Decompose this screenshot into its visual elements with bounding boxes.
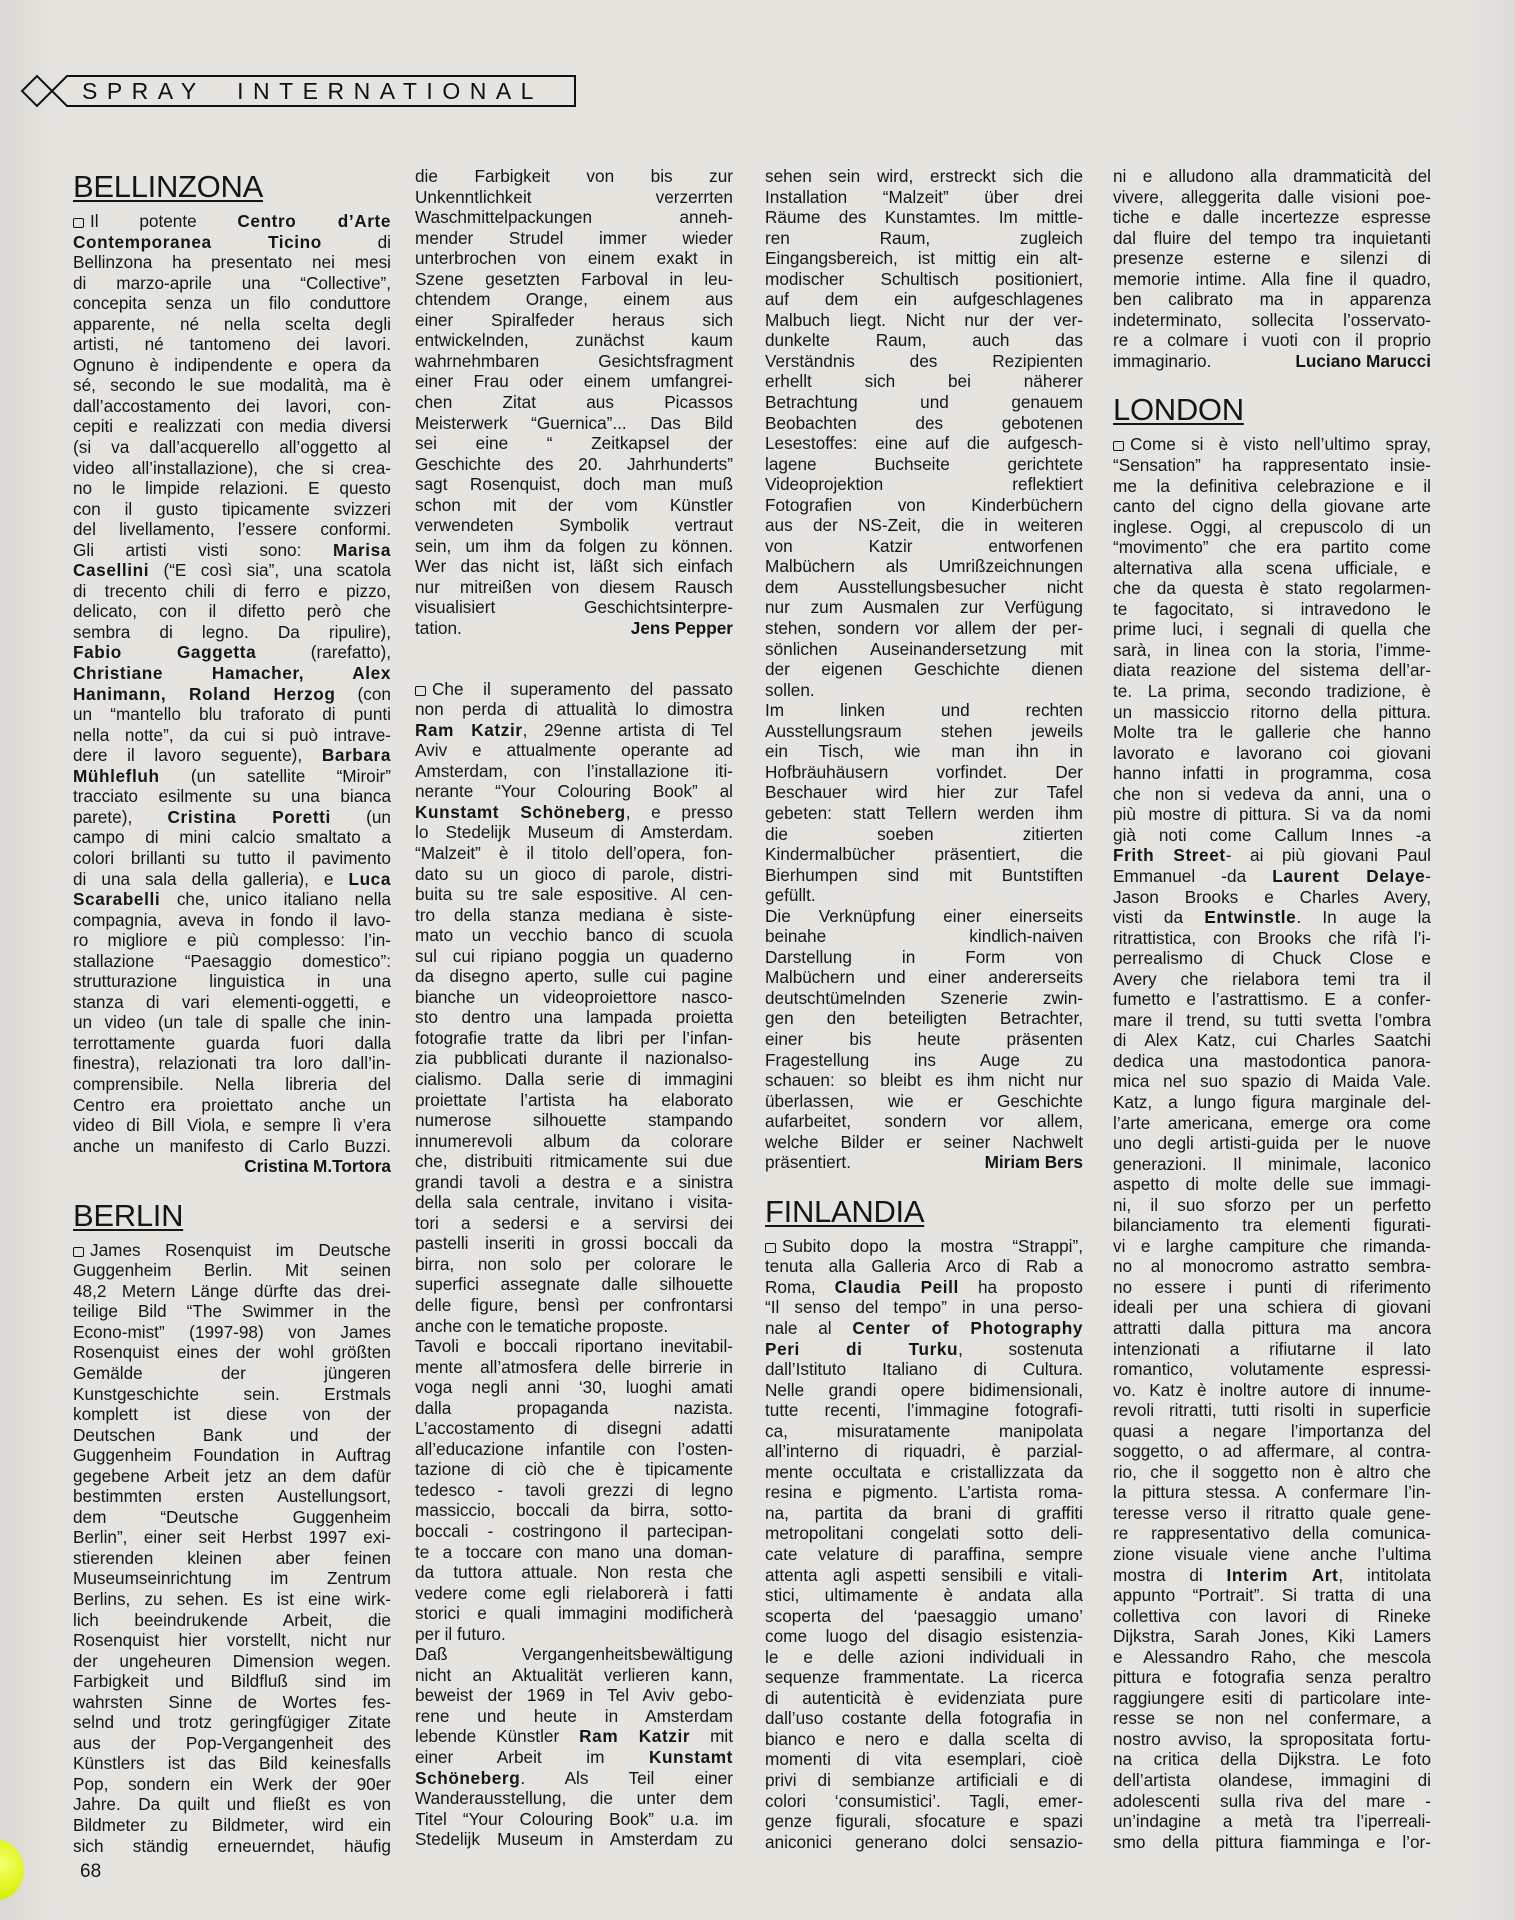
text-line: no al monocromo astratto sembra- [1113, 1256, 1431, 1277]
text-line: Kunstamt Schöneberg, e presso [415, 802, 733, 823]
closing-text: immaginario. [1113, 351, 1211, 372]
article-bellinzona-body: Il potente Centro d’ArteContemporanea Ti… [73, 211, 391, 1156]
text-line: Gli artisti visti sono: Marisa [73, 540, 391, 561]
text-line: mica nel suo spazio di Maida Vale. [1113, 1071, 1431, 1092]
text-line: attratti dalla pittura ma ancora [1113, 1318, 1431, 1339]
text-line: bestimmten ersten Austellungsort, [73, 1486, 391, 1507]
text-line: ben calibrato ma in apparenza [1113, 289, 1431, 310]
text-line: einer Spiralfeder heraus sich [415, 310, 733, 331]
text-line: re a colmare i vuoti con il proprio [1113, 330, 1431, 351]
text-line: ni, il suo sforzo per un perfetto [1113, 1195, 1431, 1216]
text-line: alternativa alla scena ufficiale, e [1113, 558, 1431, 579]
text-line: attenta agli aspetti sensibili e vitali- [765, 1565, 1083, 1586]
text-line: di autenticità è evidenziata pure [765, 1688, 1083, 1709]
text-line: te fagocitato, si intravedono le [1113, 599, 1431, 620]
text-line: stici, ultimamente è andata alla [765, 1585, 1083, 1606]
text-line: ro migliore e più complesso: l’in- [73, 930, 391, 951]
text-line: aspetto di molte delle sue immagi- [1113, 1174, 1431, 1195]
text-line: Kindermalbücher präsentiert, die [765, 844, 1083, 865]
text-line: romantico, volutamente espressi- [1113, 1359, 1431, 1380]
text-line: di marzo-aprile una “Collective”, [73, 273, 391, 294]
text-line: tiche e dalle incertezze espresse [1113, 207, 1431, 228]
text-line: appunto “Portrait”. Si tratta di una [1113, 1585, 1431, 1606]
text-line: come luogo del disagio esistenzia- [765, 1626, 1083, 1647]
text-line: Installation “Malzeit” über drei [765, 187, 1083, 208]
text-line: revoli ritratti, tutti risolti in superf… [1113, 1400, 1431, 1421]
text-line: entwickelnden, zunächst kaum [415, 330, 733, 351]
text-line: proiettate l’artista ha elaborato [415, 1090, 733, 1111]
text-line: sei eine “ Zeitkapsel der [415, 433, 733, 454]
text-line: più mostre di pittura. Si va da nomi [1113, 804, 1431, 825]
text-line: nur mitreißen von diesem Rausch [415, 577, 733, 598]
column-2: die Farbigkeit von bis zurUnkenntlichkei… [415, 166, 733, 1850]
text-line: voga negli anni ‘30, luoghi amati [415, 1377, 733, 1398]
text-line: mente occultata e cristallizzata da [765, 1462, 1083, 1483]
text-line: che, distribuiti ritmicamente sui due [415, 1151, 733, 1172]
text-line: tori a sedersi e a servirsi dei [415, 1213, 733, 1234]
text-line: Jahre. Da quilt und fließt es von [73, 1794, 391, 1815]
text-line: stallazione “Paesaggio domestico”: [73, 951, 391, 972]
text-line: ca, misuratamente manipolata [765, 1421, 1083, 1442]
text-line: vi e larghe campiture che rimanda- [1113, 1236, 1431, 1257]
text-line: smo della pittura fiamminga e l’or- [1113, 1832, 1431, 1853]
text-line: gefüllt. [765, 885, 1083, 906]
text-line: genze figurali, sfocature e spazi [765, 1811, 1083, 1832]
text-line: soggetto, o ad affermare, al contra- [1113, 1441, 1431, 1462]
text-line: rene und heute in Amsterdam [415, 1706, 733, 1727]
text-line: Rosenquist hier vorstellt, nicht nur [73, 1630, 391, 1651]
text-line: artisti, né tantomeno dei lavori. [73, 334, 391, 355]
text-line: dall’Istituto Italiano di Cultura. [765, 1359, 1083, 1380]
text-line: sto dentro una lampada proietta [415, 1007, 733, 1028]
text-line: aus der Pop-Vergangenheit des [73, 1733, 391, 1754]
text-line: metropolitani congelati sotto deli- [765, 1523, 1083, 1544]
text-line: Emmanuel -da Laurent Delaye- [1113, 866, 1431, 887]
text-line: zione visuale viene anche l’ultima [1113, 1544, 1431, 1565]
text-line: no le limpide relazioni. E questo [73, 478, 391, 499]
text-line: mender Strudel immer wieder [415, 228, 733, 249]
text-line: sollen. [765, 680, 1083, 701]
text-line: bianche un videoproiettore nasco- [415, 987, 733, 1008]
text-line: Stedelijk Museum in Amsterdam zu [415, 1829, 733, 1850]
text-line: überlassen, wie er Geschichte [765, 1091, 1083, 1112]
text-line: scoperta del ‘paesaggio umano’ [765, 1606, 1083, 1627]
text-line: innumerevoli album da colorare [415, 1131, 733, 1152]
text-line: colori brillanti su tutto il pavimento [73, 848, 391, 869]
text-line: wahrnehmbaren Gesichtsfragment [415, 351, 733, 372]
text-line: me la definitiva celebrazione e il [1113, 476, 1431, 497]
text-line: Videoprojektion reflektiert [765, 474, 1083, 495]
article-berlin-body-continued: die Farbigkeit von bis zurUnkenntlichkei… [415, 166, 733, 618]
text-line: selnd und trotz geringfügiger Zitate [73, 1712, 391, 1733]
text-line: e Alessandro Raho, che mescola [1113, 1647, 1431, 1668]
author-signature: Jens Pepper [631, 618, 733, 639]
text-line: Roma, Claudia Peill ha proposto [765, 1277, 1083, 1298]
text-line: per il futuro. [415, 1624, 733, 1645]
text-line: dall’uso costante della fotografia in [765, 1708, 1083, 1729]
text-line: che da questa è stato regolarmen- [1113, 578, 1431, 599]
text-line: Kunstgeschichte sein. Erstmals [73, 1384, 391, 1405]
text-line: “Il senso del tempo” in una perso- [765, 1297, 1083, 1318]
text-line: Berlins, zu sehen. Es ist eine wirk- [73, 1589, 391, 1610]
article-finlandia-body-continued: ni e alludono alla drammaticità delviver… [1113, 166, 1431, 351]
text-line: di Alex Katz, cui Charles Saatchi [1113, 1030, 1431, 1051]
signature-line: tation. Jens Pepper [415, 618, 733, 639]
text-line: nella notte”, da cui si può intrave- [73, 725, 391, 746]
text-line: anche con le tematiche proposte. [415, 1316, 733, 1337]
text-line: Waschmittelpackungen anneh- [415, 207, 733, 228]
text-line: Dijkstra, Sarah Jones, Kiki Lamers [1113, 1626, 1431, 1647]
text-line: Il potente Centro d’Arte [73, 211, 391, 232]
text-line: Avery che rielabora temi tra il [1113, 969, 1431, 990]
text-line: tutte recenti, l’immagine fotografi- [765, 1400, 1083, 1421]
text-line: del livellamento, l’essere conformi. [73, 519, 391, 540]
text-line: di una sala della galleria), e Luca [73, 869, 391, 890]
text-line: Eingangsbereich, ist mittig ein alt- [765, 248, 1083, 269]
text-line: un’indagine a metà tra l’iperreali- [1113, 1811, 1431, 1832]
text-line: Beobachten des gebotenen [765, 413, 1083, 434]
text-line: con il gusto tipicamente svizzeri [73, 499, 391, 520]
text-line: stanza di vari elementi-oggetti, e [73, 992, 391, 1013]
article-london-body: Come si è visto nell’ultimo spray,“Sensa… [1113, 434, 1431, 1852]
heading-london: LONDON [1113, 393, 1431, 427]
text-line: Che il superamento del passato [415, 679, 733, 700]
text-line: birra, non solo per colorare le [415, 1254, 733, 1275]
text-line: stehen, sondern vor allem der per- [765, 618, 1083, 639]
text-line: tedesco - tavoli grezzi di legno [415, 1480, 733, 1501]
text-line: Subito dopo la mostra “Strappi”, [765, 1236, 1083, 1257]
text-line: sequenze frammentate. La ricerca [765, 1667, 1083, 1688]
text-line: Daß Vergangenheitsbewältigung [415, 1644, 733, 1665]
text-line: chtendem Orange, einem aus [415, 289, 733, 310]
text-line: vedere come egli rielaborerà i fatti [415, 1583, 733, 1604]
text-line: aus der NS-Zeit, die in weiteren [765, 515, 1083, 536]
text-line: Berlin”, einer seit Herbst 1997 exi- [73, 1527, 391, 1548]
text-line: da tuttora attuale. Non resta che [415, 1562, 733, 1583]
square-bullet-icon [415, 686, 426, 696]
text-line: Wanderausstellung, die unter dem [415, 1788, 733, 1809]
text-line: gen den beteiligten Betrachter, [765, 1008, 1083, 1029]
text-line: compagnia, aveva in fondo il lavo- [73, 910, 391, 931]
text-line: bianco e nero e dalla scelta di [765, 1729, 1083, 1750]
text-line: indeterminato, sollecita l’osservato- [1113, 310, 1431, 331]
text-line: na critica della Dijkstra. Le foto [1113, 1749, 1431, 1770]
text-line: beweist der 1969 in Tel Aviv gebo- [415, 1685, 733, 1706]
text-line: già noti come Callum Innes -a [1113, 825, 1431, 846]
text-line: zia pubblicati durante il nazionalso- [415, 1048, 733, 1069]
text-line: rio, che il soggetto non è altro che [1113, 1462, 1431, 1483]
text-line: Malbüchern und einer andererseits [765, 967, 1083, 988]
text-line: 48,2 Metern Länge dürfte das drei- [73, 1281, 391, 1302]
text-line: teilige Bild “The Swimmer in the [73, 1301, 391, 1322]
banner-title: SPRAY INTERNATIONAL [82, 78, 543, 104]
text-line: tro della stanza mediana è siste- [415, 905, 733, 926]
text-line: un massiccio ritorno della pittura. [1113, 702, 1431, 723]
text-line: Frith Street- ai più giovani Paul [1113, 845, 1431, 866]
text-line: nostro avviso, la spropositata fortu- [1113, 1729, 1431, 1750]
text-line: lo Stedelijk Museum di Amsterdam. [415, 822, 733, 843]
text-line: di trecento chili di ferro e pizzo, [73, 581, 391, 602]
text-line: Peri di Turku, sostenuta [765, 1339, 1083, 1360]
text-line: tazione di ciò che è tipicamente [415, 1459, 733, 1480]
text-line: visualisiert Geschichtsinterpre- [415, 597, 733, 618]
text-line: Guggenheim Foundation in Auftrag [73, 1445, 391, 1466]
text-line: Scarabelli che, unico italiano nella [73, 889, 391, 910]
author-signature: Luciano Marucci [1295, 351, 1431, 372]
text-line: Nelle grandi opere bidimensionali, [765, 1380, 1083, 1401]
text-line: von Katzir entworfenen [765, 536, 1083, 557]
text-line: einer Frau oder einem umfangrei- [415, 371, 733, 392]
text-line: aufarbeitet, sondern vor allem, [765, 1111, 1083, 1132]
text-line: le e delle azioni individuali in [765, 1647, 1083, 1668]
text-line: finestra), relazionati tra loro dall’in- [73, 1053, 391, 1074]
text-line: strutturazione linguistica in una [73, 971, 391, 992]
text-line: L’accostamento di disegni adatti [415, 1418, 733, 1439]
text-line: momenti di vita esemplari, cioè [765, 1749, 1083, 1770]
text-line: ideali per una schiera di giovani [1113, 1297, 1431, 1318]
text-line: “Sensation” ha rappresentato insie- [1113, 455, 1431, 476]
text-line: nicht an Aktualität verlieren kann, [415, 1665, 733, 1686]
text-line: memorie intime. Alla fine il quadro, [1113, 269, 1431, 290]
text-line: der ungeheuren Dimension wegen. [73, 1651, 391, 1672]
text-line: l’arte americana, emerge ora come [1113, 1113, 1431, 1134]
text-line: Christiane Hamacher, Alex [73, 663, 391, 684]
text-line: lebende Künstler Ram Katzir mit [415, 1726, 733, 1747]
text-line: sönlichen Auseinandersetzung mit [765, 639, 1083, 660]
text-line: delle figure, bensì per confrontarsi [415, 1295, 733, 1316]
text-line: na, partita da brani di graffiti [765, 1503, 1083, 1524]
text-line: massiccio, boccali da birra, sotto- [415, 1500, 733, 1521]
text-line: parete), Cristina Poretti (un [73, 807, 391, 828]
heading-berlin: BERLIN [73, 1199, 391, 1233]
text-line: sul cui ripiano poggia un quaderno [415, 946, 733, 967]
text-line: Contemporanea Ticino di [73, 232, 391, 253]
text-line: tenuta alla Galleria Arco di Rab a [765, 1256, 1083, 1277]
text-line: storici e quali immagini modificherà [415, 1603, 733, 1624]
text-line: nerante “Your Colouring Book” al [415, 781, 733, 802]
text-line: adolescenti sulla riva del mare - [1113, 1791, 1431, 1812]
text-line: Bierhumpen sind mit Buntstiften [765, 865, 1083, 886]
text-line: della sala centrale, invitano i visita- [415, 1192, 733, 1213]
text-line: concepita senza un filo conduttore [73, 293, 391, 314]
text-line: dal fluire del tempo tra inquietanti [1113, 228, 1431, 249]
text-line: un video (un tale di spalle che inin- [73, 1012, 391, 1033]
text-line: Katz, a lungo figura marginale del- [1113, 1092, 1431, 1113]
text-line: apparente, né nella scelta degli [73, 314, 391, 335]
text-line: no essere i punti di riferimento [1113, 1277, 1431, 1298]
text-line: Wer das nicht ist, läßt sich einfach [415, 556, 733, 577]
text-line: nur zum Ausmalen zur Verfügung [765, 597, 1083, 618]
text-line: bilanciamento tra elementi figurati- [1113, 1215, 1431, 1236]
text-line: vivere, alleggerita dalle visioni poe- [1113, 187, 1431, 208]
text-line: Beschauer wird hier zur Tafel [765, 782, 1083, 803]
text-line: wahrsten Sinne de Wortes fes- [73, 1692, 391, 1713]
author-signature: Miriam Bers [985, 1152, 1083, 1173]
text-line: colori ‘consumistici’. Tagli, emer- [765, 1791, 1083, 1812]
text-line: verwendeten Symbolik vertraut [415, 515, 733, 536]
text-line: dem Ausstellungsbesucher nicht [765, 577, 1083, 598]
text-line: campo di mini calcio smaltato a [73, 827, 391, 848]
text-line: quasi a negare l’importanza del [1113, 1421, 1431, 1442]
text-line: Betrachtung und genauem [765, 392, 1083, 413]
text-line: re rappresentativo della comunica- [1113, 1523, 1431, 1544]
author-signature: Cristina M.Tortora [73, 1156, 391, 1177]
text-line: Meisterwerk “Guernica”... Das Bild [415, 413, 733, 434]
text-line: komplett ist diese von der [73, 1404, 391, 1425]
text-line: sembra di legno. Da ripulire), [73, 622, 391, 643]
closing-text: tation. [415, 618, 462, 639]
text-line: resina e pigmento. L’artista roma- [765, 1482, 1083, 1503]
text-line: lagene Buchseite gerichtete [765, 454, 1083, 475]
text-line: Gemälde der jüngeren [73, 1363, 391, 1384]
text-line: Lesestoffes: eine auf die aufgesch- [765, 433, 1083, 454]
text-line: Ognuno è indipendente e opera da [73, 355, 391, 376]
text-line: la pittura stessa. A confermare l’in- [1113, 1482, 1431, 1503]
text-line: mente all’atmosfera delle birrerie in [415, 1357, 733, 1378]
text-line: mostra di Interim Art, intitolata [1113, 1565, 1431, 1586]
text-line: gebeten: statt Tellern werden ihm [765, 803, 1083, 824]
text-line: Darstellung in Form von [765, 947, 1083, 968]
yellow-sticker-decoration [0, 1840, 24, 1900]
text-line: gegebene Arbeit jetz an dem dafür [73, 1466, 391, 1487]
text-line: sagt Rosenquist, doch man muß [415, 474, 733, 495]
text-line: Museumseinrichtung im Zentrum [73, 1568, 391, 1589]
column-3: sehen sein wird, erstreckt sich dieInsta… [765, 166, 1083, 1852]
text-line: welche Bilder er seiner Nachwelt [765, 1132, 1083, 1153]
text-line: stierenden kleinen aber feinen [73, 1548, 391, 1569]
text-line: Come si è visto nell’ultimo spray, [1113, 434, 1431, 455]
text-line: buita su tre sale espositive. Al cen- [415, 884, 733, 905]
square-bullet-icon [73, 1247, 84, 1257]
text-line: “movimento” che era partito come [1113, 537, 1431, 558]
text-line: all’educazione infantile con l’osten- [415, 1439, 733, 1460]
text-line: Titel “Your Colouring Book” u.a. im [415, 1809, 733, 1830]
text-line: boccali - costringono il partecipan- [415, 1521, 733, 1542]
text-line: dato su un gioco di parole, distri- [415, 864, 733, 885]
text-line: Malbuch liegt. Nicht nur der ver- [765, 310, 1083, 331]
square-bullet-icon [765, 1243, 776, 1253]
text-line: Im linken und rechten [765, 700, 1083, 721]
text-line: Molte tra le gallerie che hanno [1113, 722, 1431, 743]
text-line: fumetto e l’astrattismo. E a confer- [1113, 989, 1431, 1010]
square-bullet-icon [1113, 441, 1124, 451]
text-line: sein, um ihm da folgen zu können. [415, 536, 733, 557]
signature-line: immaginario. Luciano Marucci [1113, 351, 1431, 372]
heading-finlandia: FINLANDIA [765, 1195, 1083, 1229]
closing-text: präsentiert. [765, 1152, 851, 1173]
text-line: chen Zitat aus Picassos [415, 392, 733, 413]
text-line: vo. Katz è inoltre autore di innume- [1113, 1380, 1431, 1401]
text-line: Pop, sondern ein Werk der 90er [73, 1774, 391, 1795]
text-line: unterbrochen von einem exakt in [415, 248, 733, 269]
text-line: numerose silhouette stampando [415, 1110, 733, 1131]
text-line: Farbigkeit und Bildfluß sind im [73, 1671, 391, 1692]
text-line: Fabio Gaggetta (rarefatto), [73, 642, 391, 663]
text-line: presenze esterne e silenzi di [1113, 248, 1431, 269]
text-line: delicato, con il difetto però che [73, 601, 391, 622]
text-line: die Farbigkeit von bis zur [415, 166, 733, 187]
text-line: ein Tisch, wie man ihn in [765, 741, 1083, 762]
text-line: video all’installazione), che si crea- [73, 458, 391, 479]
text-line: Deutschen Bank und der [73, 1425, 391, 1446]
text-line: tracciato esilmente su una bianca [73, 786, 391, 807]
text-line: Schöneberg. Als Teil einer [415, 1768, 733, 1789]
column-1: BELLINZONA Il potente Centro d’ArteConte… [73, 170, 391, 1856]
text-line: Ram Katzir, 29enne artista di Tel [415, 720, 733, 741]
text-line: dall’accostamento dei lavori, con- [73, 396, 391, 417]
signature-line: präsentiert. Miriam Bers [765, 1152, 1083, 1173]
text-line: Hofbräuhäusern vorfindet. Der [765, 762, 1083, 783]
text-line: erhellt sich bei näherer [765, 371, 1083, 392]
text-line: ni e alludono alla drammaticità del [1113, 166, 1431, 187]
text-line: dell’artista olandese, immagini di [1113, 1770, 1431, 1791]
text-line: mare il trend, su tutti svetta l’ombra [1113, 1010, 1431, 1031]
text-line: Hanimann, Roland Herzog (con [73, 684, 391, 705]
text-line: Szene gesetzten Farboval in leu- [415, 269, 733, 290]
text-line: cialismo. Dalla serie di immagini [415, 1069, 733, 1090]
text-line: Casellini (“E così sia”, una scatola [73, 560, 391, 581]
text-line: ritrattistica, con Brooks che rifà l’i- [1113, 928, 1431, 949]
text-line: canto del cigno della giovane arte [1113, 496, 1431, 517]
text-line: terrottamente guarda fuori dalla [73, 1033, 391, 1054]
text-line: Die Verknüpfung einer einerseits [765, 906, 1083, 927]
column-4: ni e alludono alla drammaticità delviver… [1113, 166, 1431, 1852]
text-line: nale al Center of Photography [765, 1318, 1083, 1339]
text-line: non perda di attualità lo dimostra [415, 699, 733, 720]
text-line: deutschtümelnden Szenerie zwin- [765, 988, 1083, 1009]
text-line: perrealismo di Chuck Close e [1113, 948, 1431, 969]
text-line: pittura e fotografia senza peraltro [1113, 1667, 1431, 1688]
text-line: dedica una mastodontica panora- [1113, 1051, 1431, 1072]
text-line: un “mantello blu traforato di punti [73, 704, 391, 725]
article-berlin-body: James Rosenquist im DeutscheGuggenheim B… [73, 1240, 391, 1856]
text-line: cepiti e realizzati con media diversi [73, 416, 391, 437]
text-line: prime luci, i segnali di quella che [1113, 619, 1431, 640]
text-line: modischer Schultisch positioniert, [765, 269, 1083, 290]
text-line: Fragestellung ins Auge zu [765, 1050, 1083, 1071]
text-line: dalla propaganda nazista. [415, 1398, 733, 1419]
text-line: schauen: so bleibt es ihm nicht nur [765, 1070, 1083, 1091]
text-line: Centro era proiettato anche un [73, 1095, 391, 1116]
text-line: Ausstellungsraum stehen jeweils [765, 721, 1083, 742]
text-line: der eigenen Geschichte dienen [765, 659, 1083, 680]
text-line: te a toccare con mano una doman- [415, 1542, 733, 1563]
text-line: Bellinzona ha presentato nei mesi [73, 252, 391, 273]
text-line: auf dem ein aufgeschlagenes [765, 289, 1083, 310]
text-line: intenzionati a rifiutarne il lato [1113, 1339, 1431, 1360]
heading-bellinzona: BELLINZONA [73, 170, 391, 204]
text-line: cate velature di paraffina, sempre [765, 1544, 1083, 1565]
text-line: Guggenheim Berlin. Mit seinen [73, 1260, 391, 1281]
text-line: dem “Deutsche Guggenheim [73, 1507, 391, 1528]
text-line: grandi tavoli a destra e a sinistra [415, 1172, 733, 1193]
text-line: diata reazione del sistema dell’ar- [1113, 660, 1431, 681]
article-katzir-body-continued: sehen sein wird, erstreckt sich dieInsta… [765, 166, 1083, 1152]
text-line: Bildmeter zu Bildmeter, wird ein [73, 1815, 391, 1836]
section-banner: SPRAY INTERNATIONAL [20, 74, 580, 108]
text-line: Malbüchern als Umrißzeichnungen [765, 556, 1083, 577]
text-line: da disegno aperto, sulle cui pagine [415, 966, 733, 987]
text-line: beinahe kindlich-naiven [765, 926, 1083, 947]
text-line: superfici assegnate dalle silhouette [415, 1274, 733, 1295]
text-line: (si va dall’acquerello all’oggetto al [73, 437, 391, 458]
text-line: uno degli artisti-guida per le nuove [1113, 1133, 1431, 1154]
article-katzir-body: Che il superamento del passatonon perda … [415, 679, 733, 1850]
text-line: James Rosenquist im Deutsche [73, 1240, 391, 1261]
text-line: resse se non nel confermare, a [1113, 1708, 1431, 1729]
text-line: video di Bill Viola, e sempre lì v’era [73, 1115, 391, 1136]
text-line: collettiva con lavori di Rineke [1113, 1606, 1431, 1627]
